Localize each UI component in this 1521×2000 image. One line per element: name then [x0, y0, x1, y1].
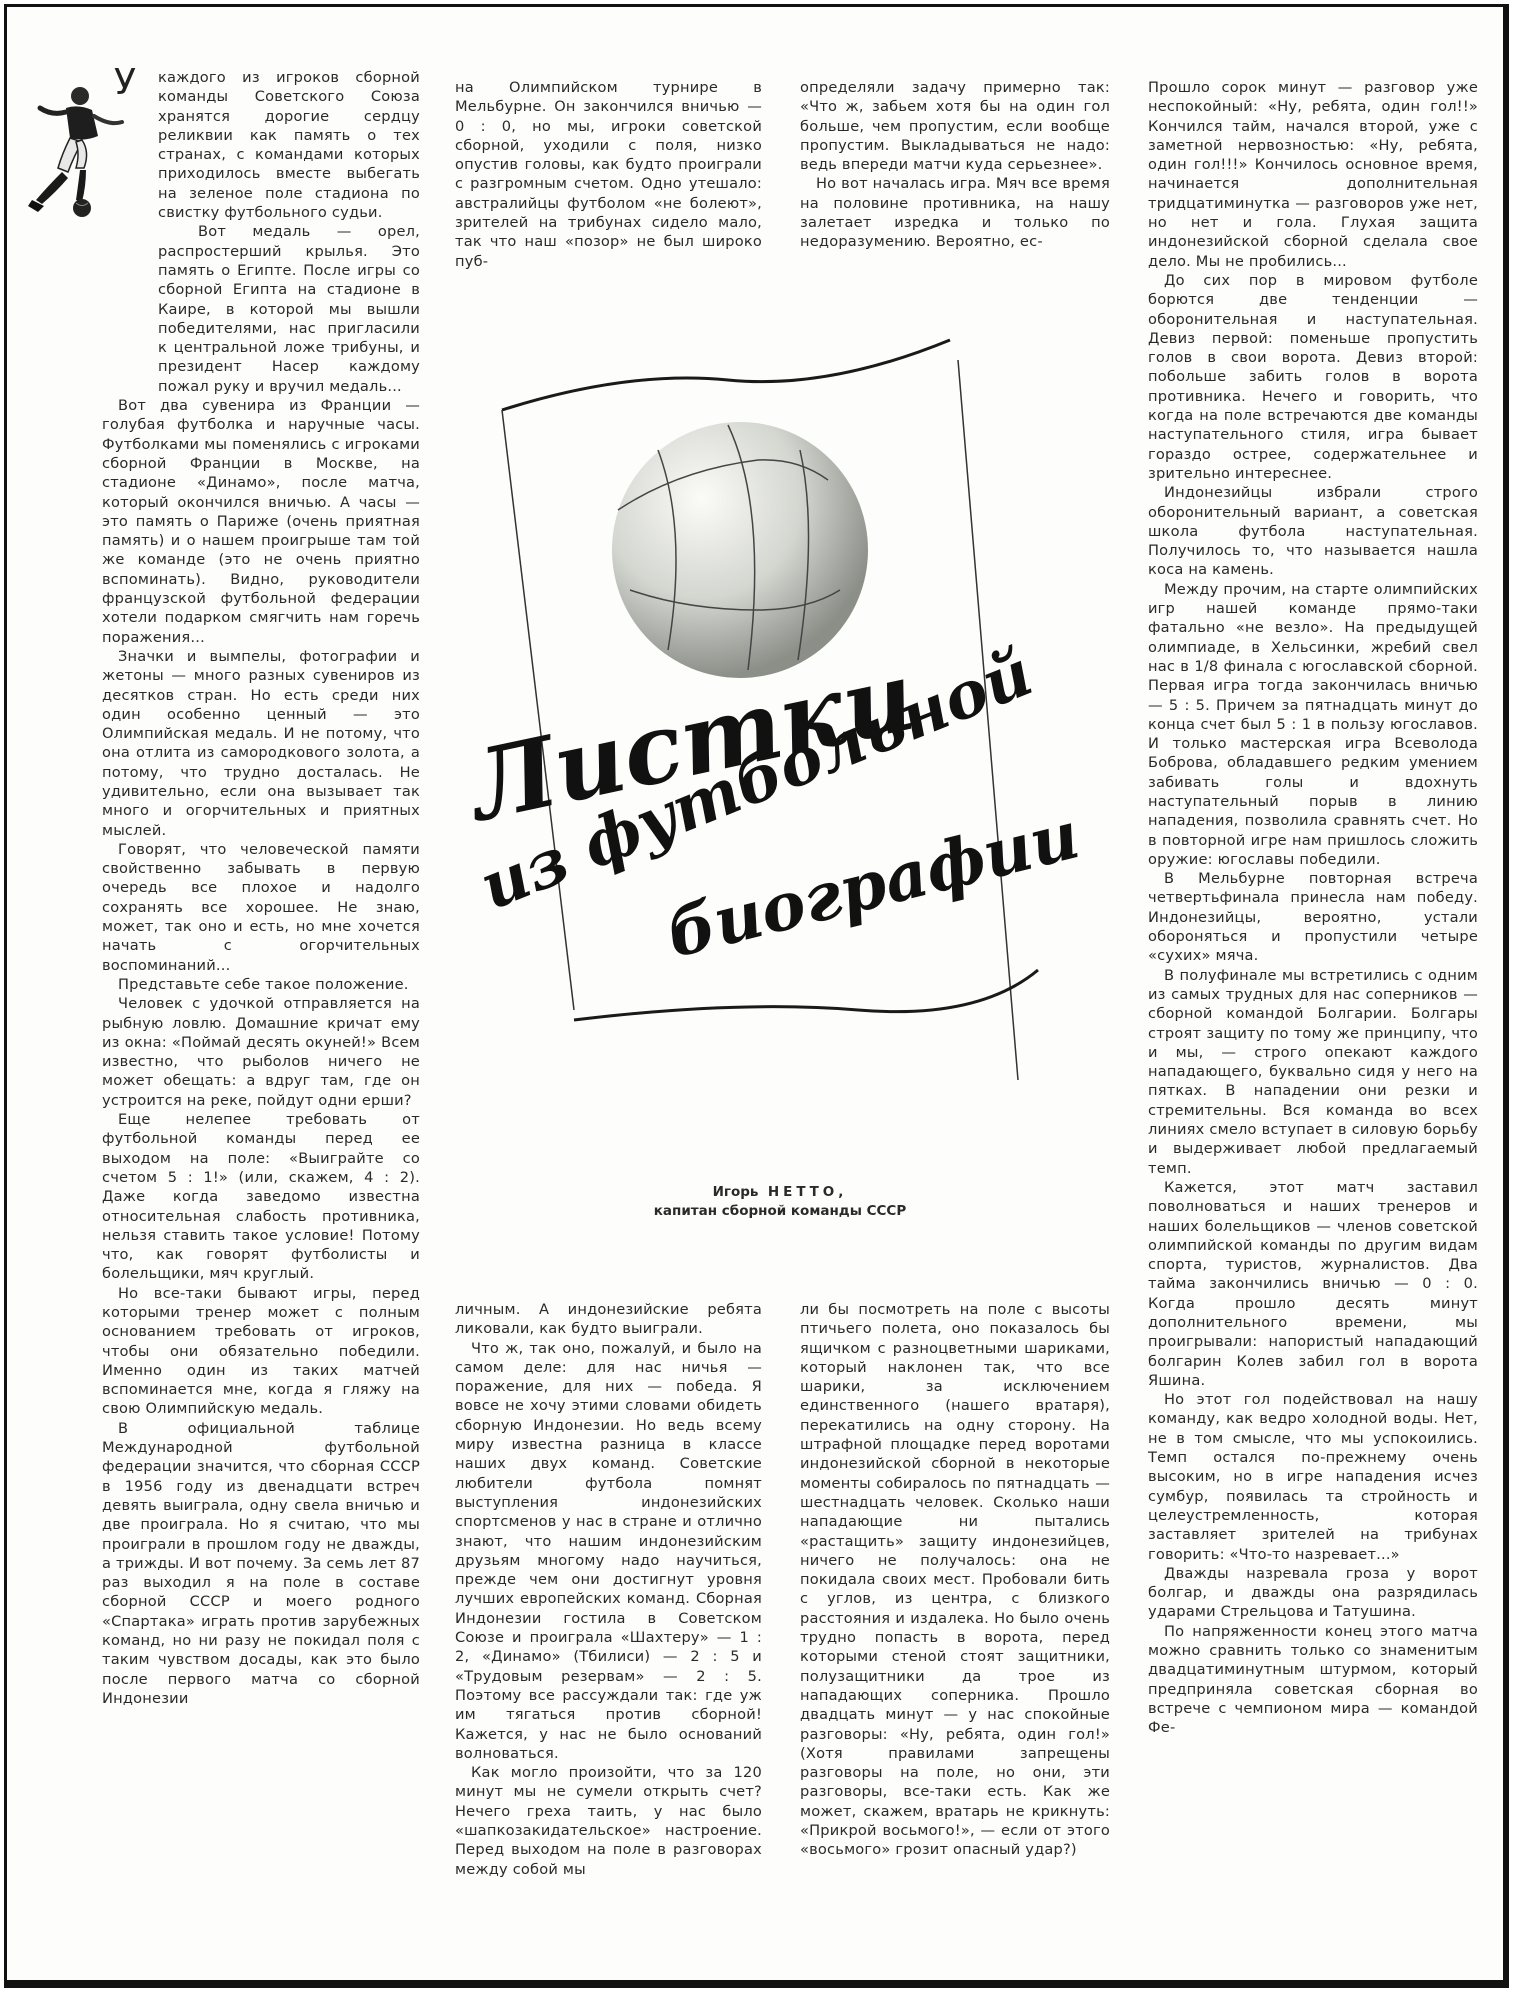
paragraph: В полуфинале мы встретились с одним из с…: [1148, 966, 1478, 1178]
paragraph: До сих пор в мировом футболе борются две…: [1148, 271, 1478, 483]
paragraph: личным. А индонезийские ребята ликовали,…: [455, 1300, 762, 1339]
article-column-2-bottom: личным. А индонезийские ребята ликовали,…: [455, 1300, 762, 1879]
paragraph: Дважды назревала гроза у ворот болгар, и…: [1148, 1564, 1478, 1622]
paragraph: Вот два сувенира из Франции — голубая фу…: [102, 396, 420, 647]
paragraph: Еще нелепее требовать от футбольной кома…: [102, 1110, 420, 1284]
article-column-1: Укаждого из игроков сборной команды Сове…: [102, 68, 420, 1708]
paragraph: Но все-таки бывают игры, перед которыми …: [102, 1284, 420, 1419]
paragraph: Но вот началась игра. Мяч все время на п…: [800, 174, 1110, 251]
paragraph: Вот медаль — орел, распростерший крылья.…: [102, 222, 420, 396]
article-column-3-top: определяли задачу примерно так: «Что ж, …: [800, 78, 1110, 252]
paragraph: ли бы посмотреть на поле с высоты птичье…: [800, 1300, 1110, 1860]
author-first-name: Игорь: [713, 1184, 759, 1200]
paragraph: Что ж, так оно, пожалуй, и было на самом…: [455, 1339, 762, 1764]
title-illustration: Листки из футбольной биографии: [478, 310, 1118, 1110]
paragraph: Индонезийцы избрали строго оборонительны…: [1148, 483, 1478, 579]
ball-icon: [612, 422, 868, 678]
paragraph: По напряженности конец этого матча можно…: [1148, 1622, 1478, 1738]
paragraph: Человек с удочкой отправляется на рыбную…: [102, 994, 420, 1110]
paragraph: Говорят, что человеческой памяти свойств…: [102, 840, 420, 975]
article-column-3-bottom: ли бы посмотреть на поле с высоты птичье…: [800, 1300, 1110, 1860]
article-column-4: Прошло сорок минут — разговор уже неспок…: [1148, 78, 1478, 1738]
paragraph: Как могло произойти, что за 120 минут мы…: [455, 1763, 762, 1879]
author-role: капитан сборной команды СССР: [610, 1202, 950, 1221]
paragraph: Прошло сорок минут — разговор уже неспок…: [1148, 78, 1478, 271]
paragraph: Значки и вымпелы, фотографии и жетоны — …: [102, 647, 420, 840]
paragraph: на Олимпийском турнире в Мельбурне. Он з…: [455, 78, 762, 271]
paragraph: Между прочим, на старте олимпийских игр …: [1148, 580, 1478, 869]
paragraph: В Мельбурне повторная встреча четвертьфи…: [1148, 869, 1478, 965]
paragraph: Но этот гол подействовал на нашу команду…: [1148, 1390, 1478, 1564]
intro-text: каждого из игроков сборной команды Совет…: [158, 69, 420, 221]
drop-cap: У: [114, 68, 136, 98]
paragraph: определяли задачу примерно так: «Что ж, …: [800, 78, 1110, 174]
author-last-name: НЕТТО,: [768, 1184, 848, 1200]
article-column-2-top: на Олимпийском турнире в Мельбурне. Он з…: [455, 78, 762, 271]
paragraph: Кажется, этот матч заставил поволноватьс…: [1148, 1178, 1478, 1390]
paragraph: Представьте себе такое положение.: [102, 975, 420, 994]
intro-paragraph: Укаждого из игроков сборной команды Сове…: [102, 68, 420, 222]
paragraph: В официальной таблице Международной футб…: [102, 1419, 420, 1708]
byline: Игорь НЕТТО, капитан сборной команды ССС…: [610, 1183, 950, 1221]
